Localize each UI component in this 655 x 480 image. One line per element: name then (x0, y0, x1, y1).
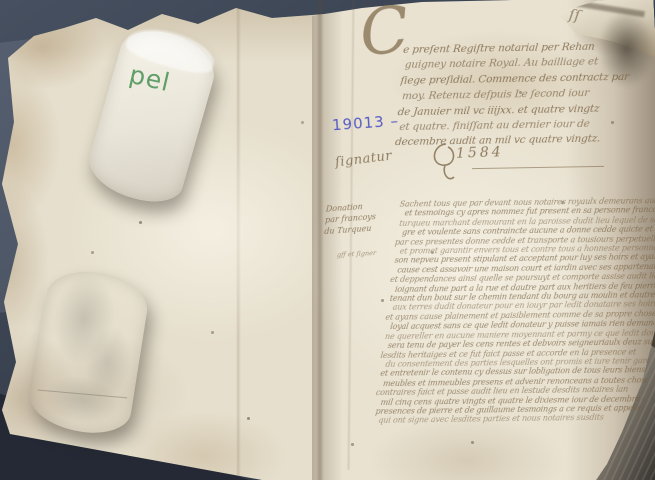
foxing-specks (0, 0, 1, 1)
body-text-block: Sachent tous que par devant nous notaire… (374, 196, 655, 426)
book-gutter (316, 0, 324, 480)
header-paragraph: e preſent Regiſtre notarial per Rehangui… (394, 39, 643, 151)
year-date: 1584 (456, 144, 504, 162)
margin-note: Donationpar francoysdu Turqueu (324, 198, 406, 237)
pouch-seam (37, 390, 127, 399)
manuscript-photo: C ſſ e preſent Regiſtre notarial per Reh… (0, 0, 655, 480)
